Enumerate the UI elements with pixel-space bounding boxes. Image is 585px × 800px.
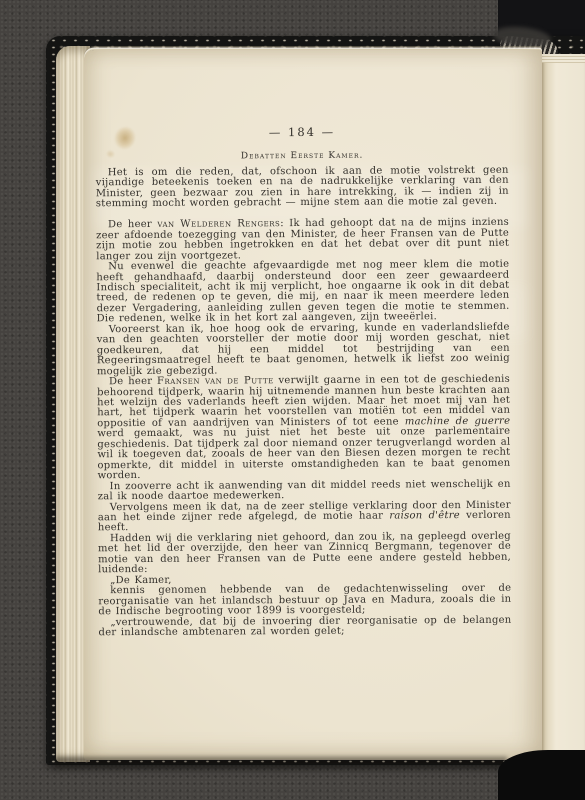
paragraph: Hadden wij die verklaring niet gehoord, … [98,532,511,576]
text-block: Het is om die reden, dat, ofschoon ik aa… [96,166,512,639]
cover-bottom-right [498,750,585,800]
text-run: Nu evenwel die geachte afgevaardigde met… [96,259,509,325]
text-run: Het is om die reden, dat, ofschoon ik aa… [96,165,509,210]
page-content: — 184 — Debatten Eerste Kamer. Het is om… [95,125,511,639]
facing-page-edge [540,54,585,762]
paragraph: Vooreerst kan ik, hoe hoog ook de ervari… [97,323,510,378]
paragraph: Vervolgens meen ik dat, na de zeer stell… [98,500,511,534]
page-number: — 184 — [95,125,508,141]
text-run: werd gemaakt, was nu juist niet het best… [97,426,510,481]
text-run: kennis genomen hebbende van de gedachten… [98,583,511,617]
book-page: — 184 — Debatten Eerste Kamer. Het is om… [84,50,542,760]
running-header: Debatten Eerste Kamer. [96,150,509,163]
paragraph: kennis genomen hebbende van de gedachten… [98,584,511,618]
paragraph: „vertrouwende, dat bij de invoering dier… [98,615,511,638]
page-bottom-shadow [55,757,507,772]
italic-phrase: raison d'être [389,510,460,521]
paragraph: De heer van Welderen Rengers: Ik had geh… [96,218,509,262]
paragraph: Het is om die reden, dat, ofschoon ik aa… [96,166,509,210]
text-run: Hadden wij die verklaring niet gehoord, … [98,531,511,576]
paragraph: De heer Fransen van de Putte verwijlt ga… [97,375,511,482]
text-run: „vertrouwende, dat bij de invoering dier… [98,614,511,638]
scanned-book-photo: — 184 — Debatten Eerste Kamer. Het is om… [0,0,585,800]
text-run: Vooreerst kan ik, hoe hoog ook de ervari… [97,322,510,377]
paragraph: Nu evenwel die geachte afgevaardigde met… [96,260,509,325]
